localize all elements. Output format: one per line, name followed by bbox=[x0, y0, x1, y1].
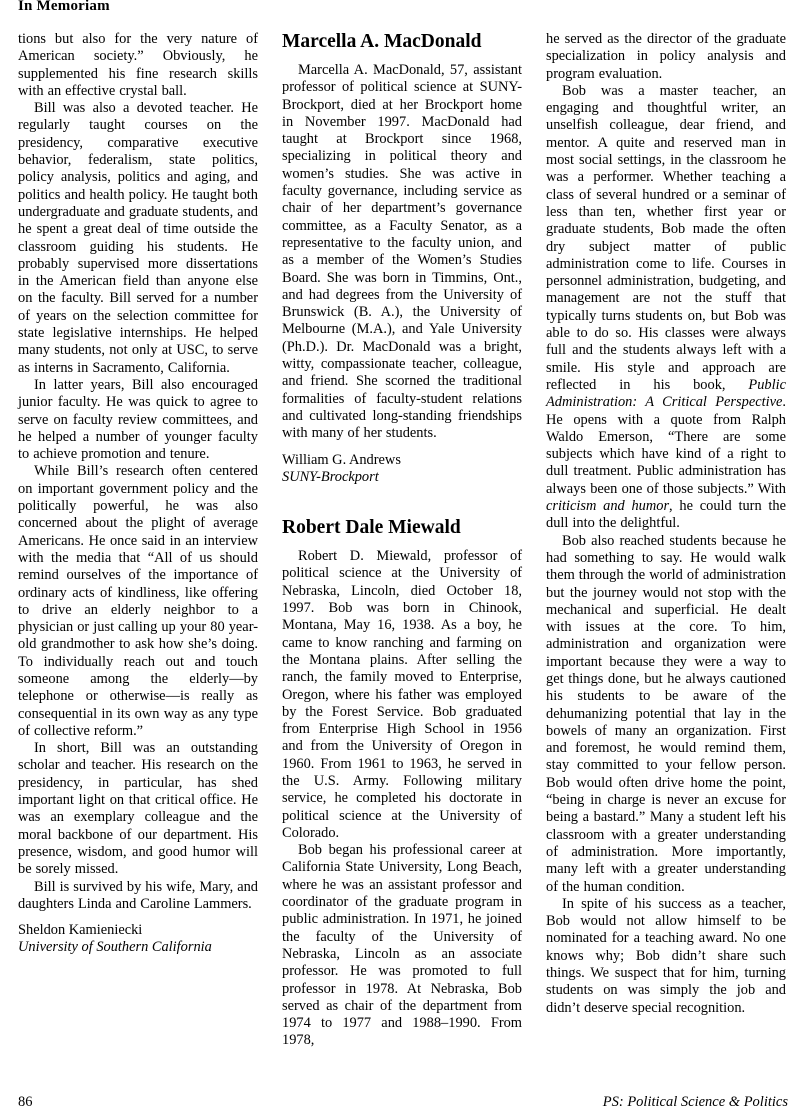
running-header: In Memoriam bbox=[18, 0, 110, 15]
body-paragraph: Bob was a master teacher, an engaging an… bbox=[546, 83, 786, 533]
body-paragraph: he served as the director of the graduat… bbox=[546, 31, 786, 83]
body-paragraph: In spite of his success as a teacher, Bo… bbox=[546, 896, 786, 1017]
obituary-heading: Marcella A. MacDonald bbox=[282, 31, 522, 53]
author-signature: William G. AndrewsSUNY-Brockport bbox=[282, 452, 522, 487]
signature-affiliation: SUNY-Brockport bbox=[282, 469, 522, 486]
body-paragraph: Bob also reached students because he had… bbox=[546, 533, 786, 896]
text-columns: tions but also for the very nature of Am… bbox=[18, 31, 786, 1050]
column-2: Marcella A. MacDonaldMarcella A. MacDona… bbox=[282, 31, 522, 1050]
journal-page: In Memoriam tions but also for the very … bbox=[0, 0, 800, 1114]
body-paragraph: Bill was also a devoted teacher. He regu… bbox=[18, 100, 258, 377]
page-number: 86 bbox=[18, 1094, 33, 1111]
body-paragraph: In short, Bill was an outstanding schola… bbox=[18, 740, 258, 878]
column-1: tions but also for the very nature of Am… bbox=[18, 31, 258, 1050]
signature-affiliation: University of Southern California bbox=[18, 939, 258, 956]
body-paragraph: Bob began his professional career at Cal… bbox=[282, 842, 522, 1050]
body-paragraph: tions but also for the very nature of Am… bbox=[18, 31, 258, 100]
author-signature: Sheldon KamienieckiUniversity of Souther… bbox=[18, 922, 258, 957]
signature-name: William G. Andrews bbox=[282, 452, 522, 469]
body-paragraph: Marcella A. MacDonald, 57, assistant pro… bbox=[282, 62, 522, 443]
body-paragraph: Robert D. Miewald, professor of politica… bbox=[282, 548, 522, 842]
body-paragraph: While Bill’s research often centered on … bbox=[18, 463, 258, 740]
body-paragraph: In latter years, Bill also encouraged ju… bbox=[18, 377, 258, 463]
journal-title: PS: Political Science & Politics bbox=[603, 1094, 788, 1111]
column-3: he served as the director of the graduat… bbox=[546, 31, 786, 1050]
page-footer: 86 PS: Political Science & Politics bbox=[18, 1094, 788, 1111]
signature-name: Sheldon Kamieniecki bbox=[18, 922, 258, 939]
obituary-heading: Robert Dale Miewald bbox=[282, 517, 522, 539]
body-paragraph: Bill is survived by his wife, Mary, and … bbox=[18, 879, 258, 914]
